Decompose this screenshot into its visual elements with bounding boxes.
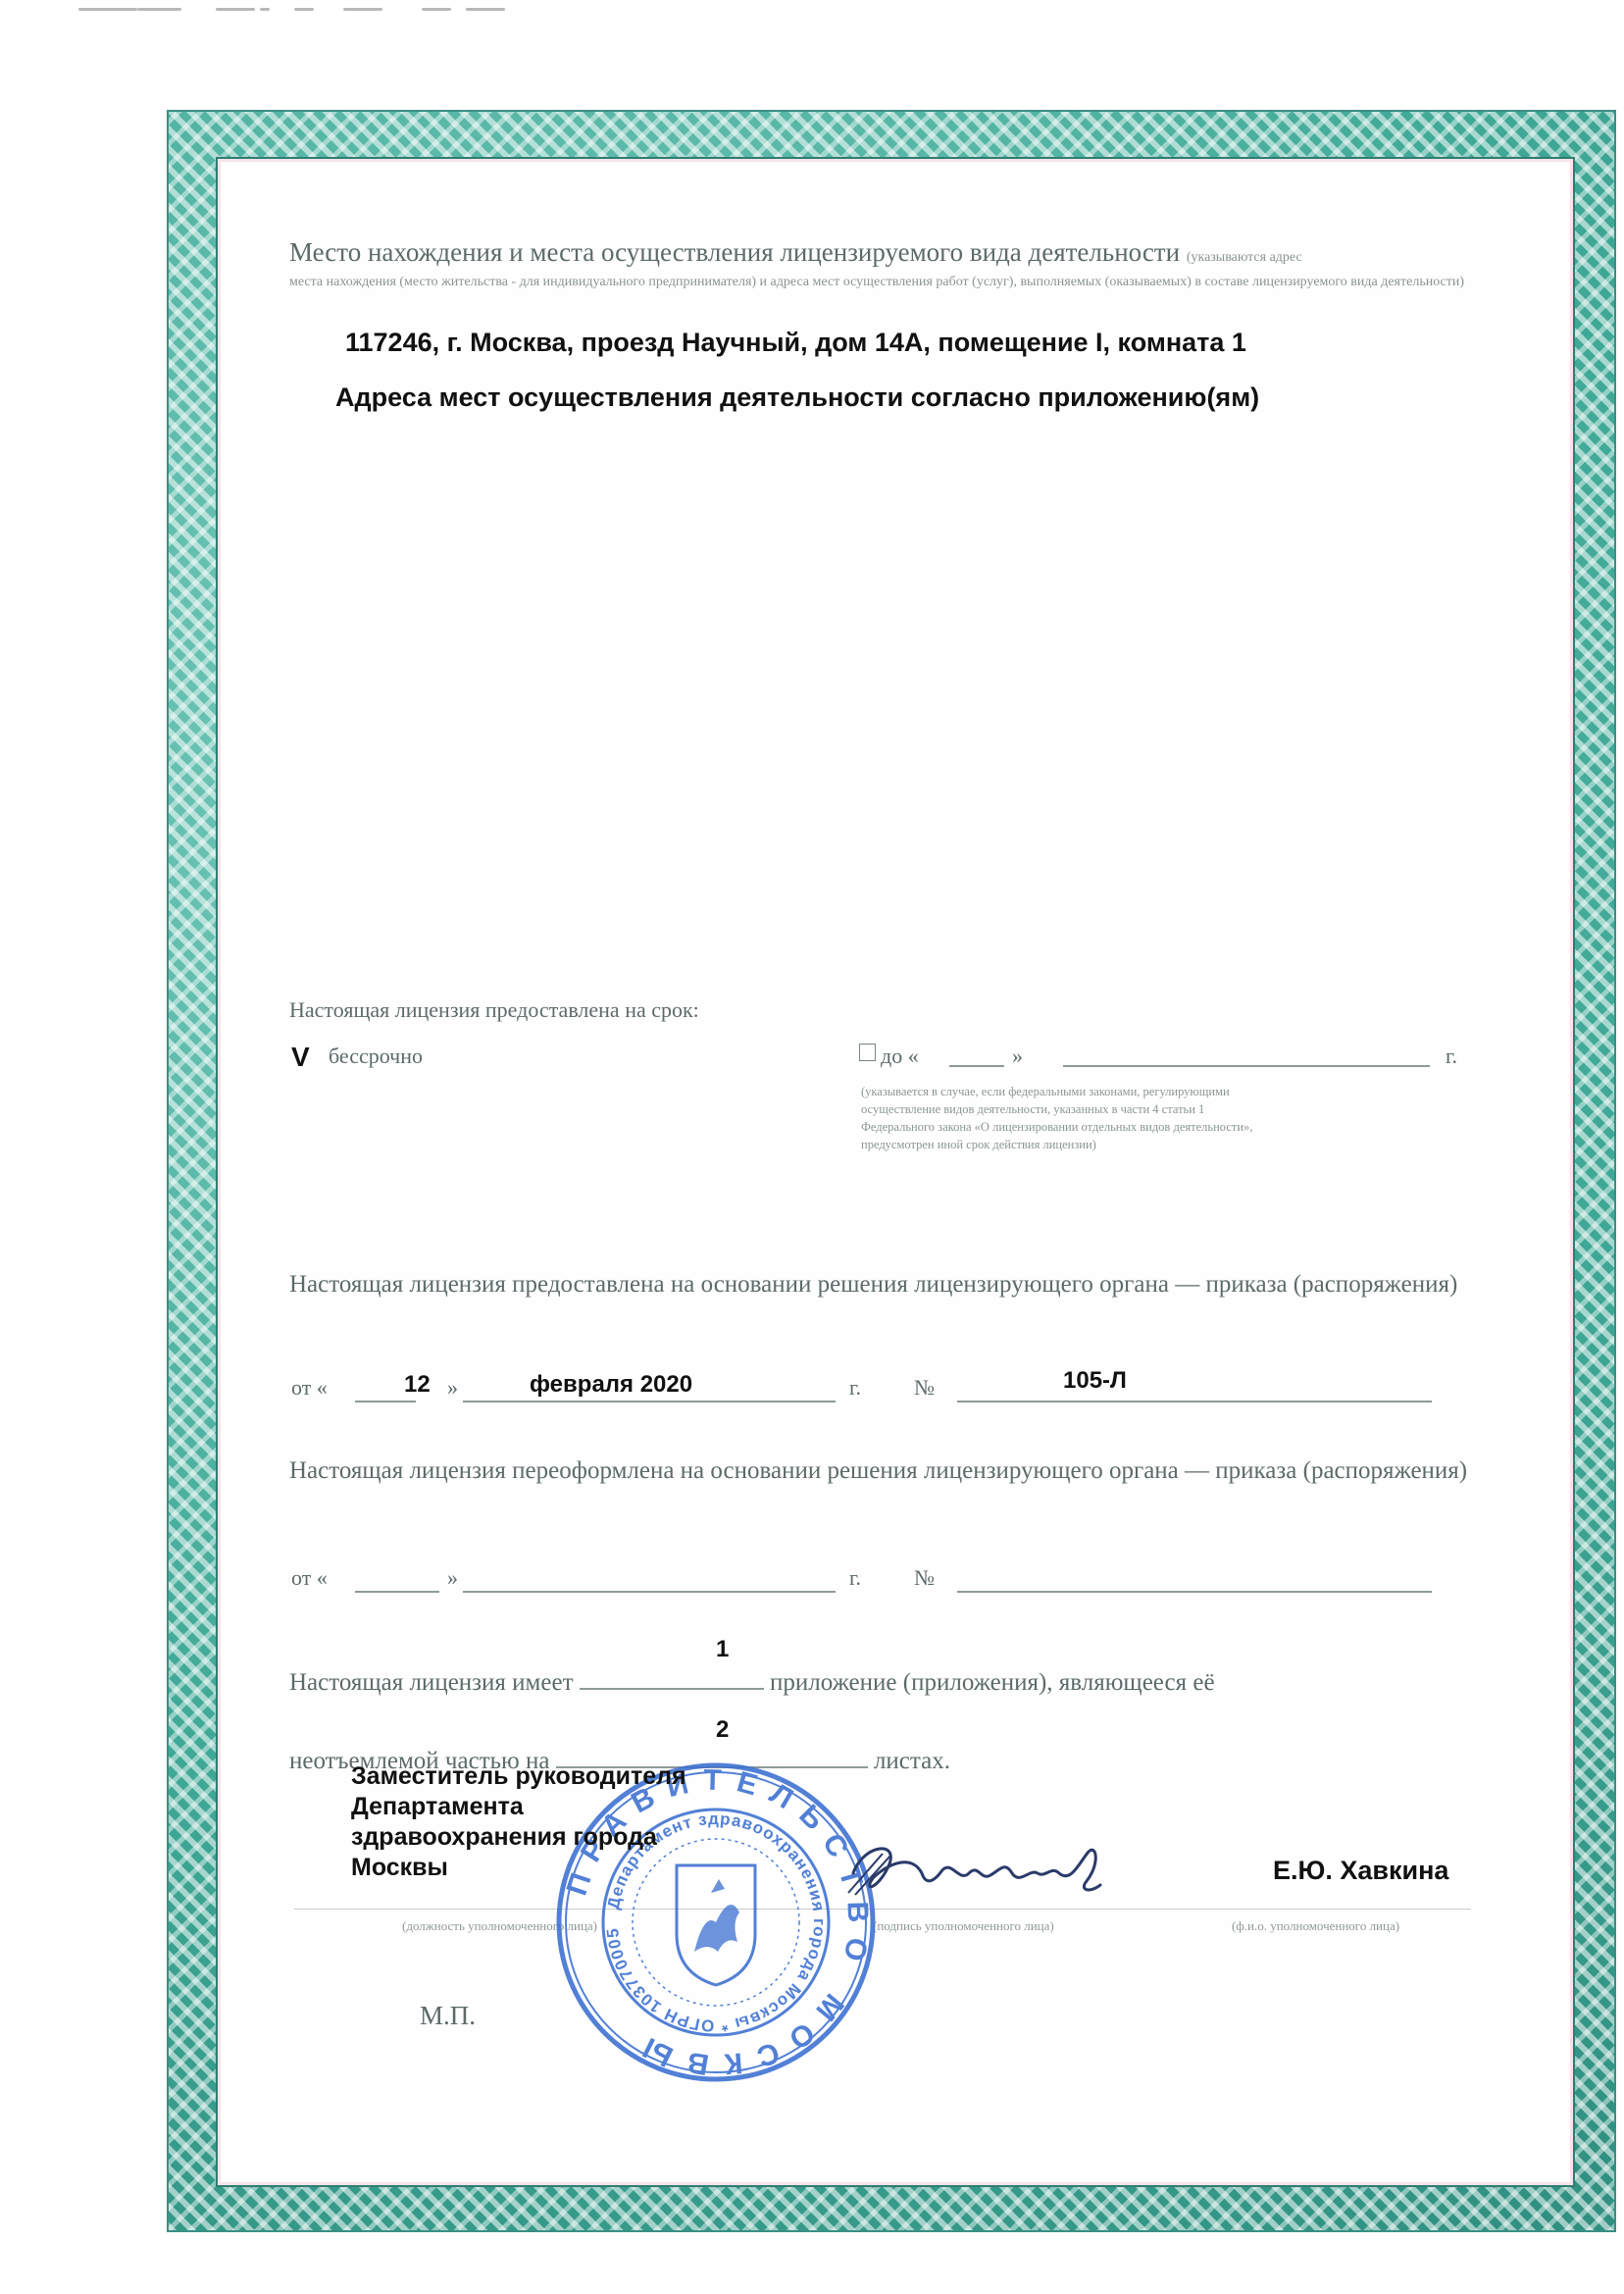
granted-date-line xyxy=(463,1401,836,1402)
signatory-position: Заместитель руководителя Департамента зд… xyxy=(351,1761,686,1883)
address-line: 117246, г. Москва, проезд Научный, дом 1… xyxy=(345,328,1246,358)
reissued-year-suffix: г. xyxy=(849,1565,861,1591)
sheets-count: 2 xyxy=(716,1716,729,1744)
location-heading-note-rest: места нахождения (место жительства - для… xyxy=(289,269,1505,296)
guilloche-border xyxy=(167,110,1616,2232)
location-heading: Место нахождения и места осуществления л… xyxy=(289,237,1505,273)
granted-number-label: № xyxy=(914,1375,935,1401)
activity-places-line: Адреса мест осуществления деятельности с… xyxy=(335,382,1259,413)
handwritten-signature-icon xyxy=(843,1834,1196,1912)
scan-artifacts xyxy=(0,0,1624,20)
perpetual-checkbox-mark: V xyxy=(291,1042,310,1073)
granted-quote-close: » xyxy=(447,1375,458,1401)
appendices-line-1: Настоящая лицензия имеет приложение (при… xyxy=(289,1661,1505,1705)
until-quote-close: » xyxy=(1012,1044,1023,1069)
reissued-quote-close: » xyxy=(447,1565,458,1591)
name-caption: (ф.и.о. уполномоченного лица) xyxy=(1232,1918,1399,1934)
signatory-name: Е.Ю. Хавкина xyxy=(1273,1856,1448,1886)
granted-number-line xyxy=(957,1401,1432,1402)
granted-day-line xyxy=(355,1401,416,1402)
until-date-line xyxy=(1063,1065,1430,1067)
granted-year-suffix: г. xyxy=(849,1375,861,1401)
reissued-basis-text: Настоящая лицензия переоформлена на осно… xyxy=(289,1450,1505,1493)
reissued-date-line xyxy=(463,1591,836,1593)
location-heading-title: Место нахождения и места осуществления л… xyxy=(289,237,1180,267)
signature-caption: (подпись уполномоченного лица) xyxy=(873,1918,1054,1934)
granted-day: 12 xyxy=(404,1371,431,1399)
term-label: Настоящая лицензия предоставлена на срок… xyxy=(289,997,699,1023)
perpetual-label: бессрочно xyxy=(329,1044,423,1069)
reissued-day-line xyxy=(355,1591,439,1593)
until-prefix: до « xyxy=(881,1044,919,1069)
granted-number: 105-Л xyxy=(1063,1367,1127,1395)
appendix-count: 1 xyxy=(716,1636,729,1663)
until-year-suffix: г. xyxy=(1446,1044,1457,1069)
reissued-number-label: № xyxy=(914,1565,935,1591)
stamp-place-label: М.П. xyxy=(420,2001,476,2031)
until-day-line xyxy=(949,1065,1004,1067)
appendix-count-line xyxy=(580,1670,764,1690)
reissued-number-line xyxy=(957,1591,1432,1593)
location-heading-note: (указываются адрес xyxy=(1187,250,1302,265)
reissued-from-label: от « xyxy=(291,1565,328,1591)
term-footnote: (указывается в случае, если федеральными… xyxy=(861,1083,1273,1153)
granted-basis-text: Настоящая лицензия предоставлена на осно… xyxy=(289,1263,1505,1306)
granted-from-label: от « xyxy=(291,1375,328,1401)
granted-month-year: февраля 2020 xyxy=(530,1371,692,1399)
until-checkbox-empty xyxy=(859,1044,876,1061)
